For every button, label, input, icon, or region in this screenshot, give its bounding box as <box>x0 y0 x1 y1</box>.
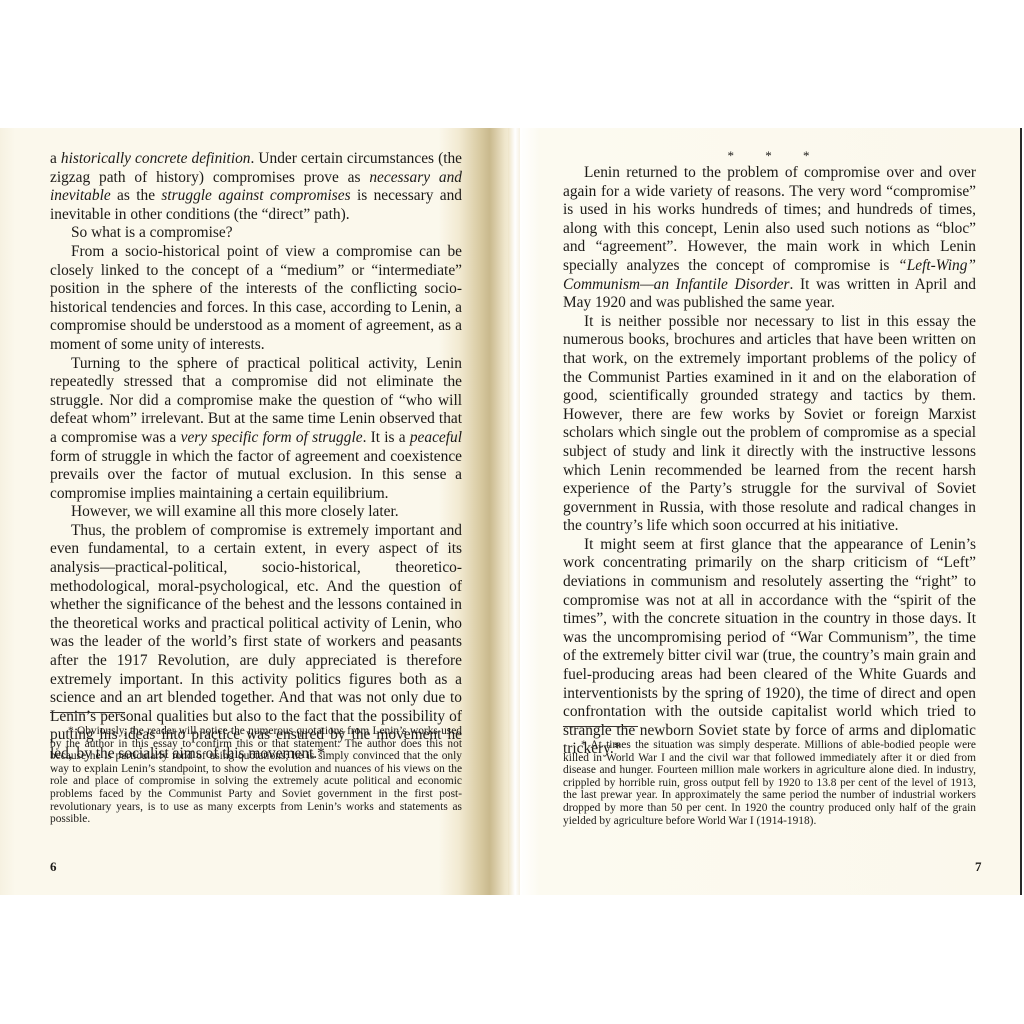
right-footnote: * At times the situation was simply desp… <box>563 739 976 827</box>
paragraph: It is neither possible nor necessary to … <box>563 313 976 536</box>
footnote-rule <box>563 726 638 727</box>
right-page: * * * Lenin returned to the problem of c… <box>520 128 1022 895</box>
paragraph: So what is a compromise? <box>50 224 462 243</box>
left-page-body: a historically concrete definition. Unde… <box>50 150 462 764</box>
right-page-footnote-area: * At times the situation was simply desp… <box>563 720 976 827</box>
section-break: * * * <box>575 148 976 164</box>
right-page-body: * * * Lenin returned to the problem of c… <box>563 148 976 759</box>
italic-phrase: peaceful <box>410 429 462 446</box>
left-page-footnote-area: * Obviously, the reader will notice the … <box>50 706 462 826</box>
paragraph: From a socio-historical point of view a … <box>50 243 462 355</box>
left-page: a historically concrete definition. Unde… <box>0 128 510 895</box>
paragraph: Lenin returned to the problem of comprom… <box>563 164 976 313</box>
page-number-left: 6 <box>50 859 57 875</box>
book-gutter <box>508 128 520 895</box>
paragraph: Turning to the sphere of practical polit… <box>50 355 462 504</box>
page-number-right: 7 <box>975 859 982 875</box>
italic-phrase: historically concrete definition <box>61 150 251 167</box>
left-footnote: * Obviously, the reader will notice the … <box>50 725 462 826</box>
footnote-rule <box>50 712 125 713</box>
book-spread: a historically concrete definition. Unde… <box>0 128 1022 895</box>
italic-phrase: very specific form of struggle <box>181 429 363 446</box>
italic-phrase: struggle against compromises <box>161 187 350 204</box>
paragraph: a historically concrete definition. Unde… <box>50 150 462 224</box>
paragraph: However, we will examine all this more c… <box>50 503 462 522</box>
right-page-paragraphs: Lenin returned to the problem of comprom… <box>563 164 976 759</box>
